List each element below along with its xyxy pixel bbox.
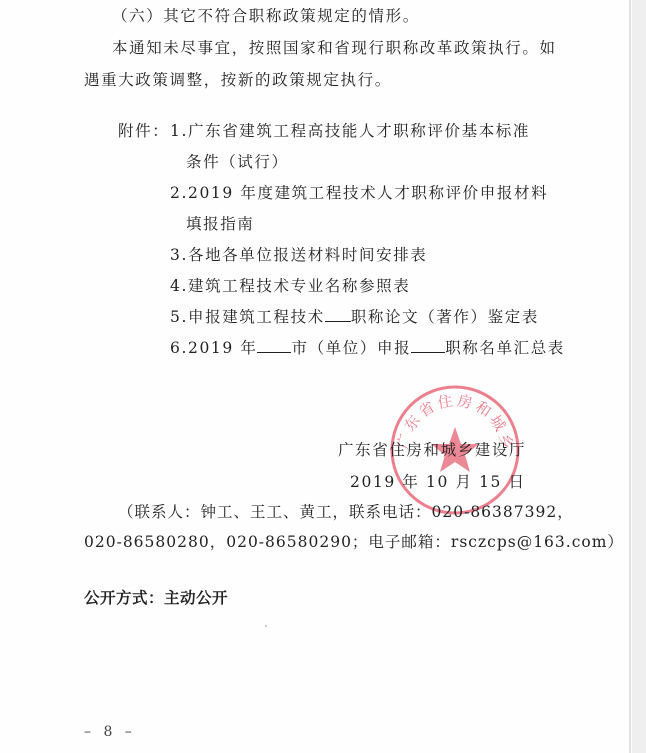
attachment-item-5: 5.申报建筑工程技术职称论文（著作）鉴定表 [170, 307, 539, 327]
attachment-item-6: 6.2019 年市（单位）申报职称名单汇总表 [170, 338, 565, 358]
attachment-number: 4. [170, 277, 188, 295]
attachment-title: 2019 年度建筑工程技术人才职称评价申报材料 [188, 184, 548, 202]
paragraph-closing-line1: 本通知未尽事宜，按照国家和省现行职称改革政策执行。如 [112, 38, 557, 58]
attachment-item-2: 2.2019 年度建筑工程技术人才职称评价申报材料 [170, 183, 548, 203]
contact-line2: 020-86580280，020-86580290；电子邮箱：rsczcps@1… [84, 532, 624, 552]
attachment-title-part: 2019 年 [188, 339, 257, 357]
attachment-item-3: 3.各地各单位报送材料时间安排表 [170, 245, 427, 265]
fill-in-blank [257, 338, 291, 353]
attachment-number: 5. [170, 308, 188, 326]
attachment-title-part: 职称名单汇总表 [445, 339, 565, 357]
paragraph-closing-line2: 遇重大政策调整，按新的政策规定执行。 [84, 70, 392, 90]
attachment-number: 1. [170, 122, 188, 140]
page-edge [629, 0, 631, 753]
attachment-title: 建筑工程技术专业名称参照表 [188, 277, 410, 295]
attachment-number: 2. [170, 184, 188, 202]
disclosure-method: 公开方式：主动公开 [84, 588, 228, 608]
attachment-item-1-cont: 条件（试行） [186, 152, 289, 172]
attachment-number: 3. [170, 246, 188, 264]
scan-speck [265, 625, 267, 627]
attachment-title-part: 申报建筑工程技术 [188, 308, 325, 326]
attachments-label: 附件： [118, 121, 169, 141]
attachment-item-2-cont: 填报指南 [186, 214, 254, 234]
attachment-item-4: 4.建筑工程技术专业名称参照表 [170, 276, 410, 296]
attachment-item-1: 1.广东省建筑工程高技能人才职称评价基本标准 [170, 121, 530, 141]
attachment-title-part: 市（单位）申报 [291, 339, 411, 357]
attachment-title: 各地各单位报送材料时间安排表 [188, 246, 427, 264]
document-page: （六）其它不符合职称政策规定的情形。 本通知未尽事宜，按照国家和省现行职称改革政… [0, 0, 632, 753]
fill-in-blank [325, 307, 351, 322]
attachment-title-part: 职称论文（著作）鉴定表 [351, 308, 539, 326]
issuer-name: 广东省住房和城乡建设厅 [338, 440, 526, 460]
viewer-gutter [632, 0, 646, 753]
attachment-title: 广东省建筑工程高技能人才职称评价基本标准 [188, 122, 530, 140]
attachment-number: 6. [170, 339, 188, 357]
contact-line1: （联系人：钟工、王工、黄工，联系电话：020-86387392， [118, 502, 574, 522]
paragraph-item-six: （六）其它不符合职称政策规定的情形。 [112, 6, 420, 26]
issue-date: 2019 年 10 月 15 日 [350, 472, 526, 492]
fill-in-blank [411, 338, 445, 353]
page-number: – 8 – [84, 724, 136, 740]
